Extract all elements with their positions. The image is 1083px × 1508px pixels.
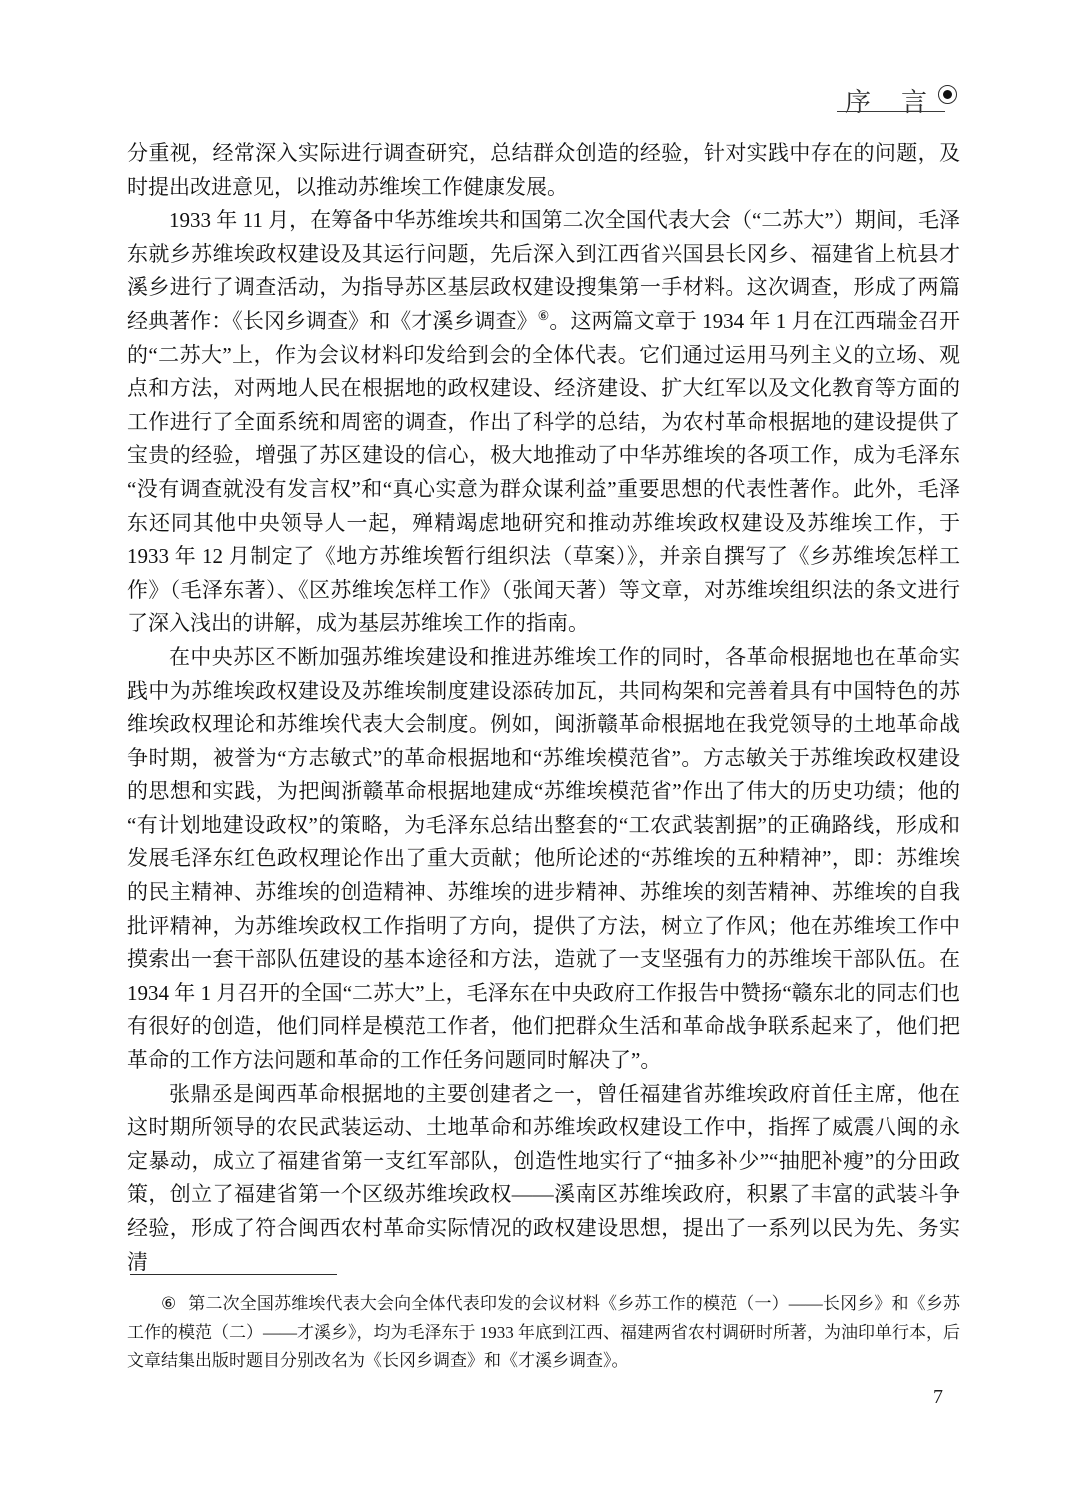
body-paragraph-4: 张鼎丞是闽西革命根据地的主要创建者之一，曾任福建省苏维埃政府首任主席，他在这时期… bbox=[127, 1078, 960, 1280]
footnote-reference: ⑥ bbox=[538, 308, 550, 323]
footnote-rule bbox=[130, 1274, 337, 1275]
circle-dot-icon bbox=[938, 85, 957, 104]
footnote-marker: ⑥ bbox=[161, 1294, 176, 1313]
body-paragraph-1: 分重视，经常深入实际进行调查研究，总结群众创造的经验，针对实践中存在的问题，及时… bbox=[127, 137, 960, 204]
paragraph-2-text-after: 。这两篇文章于 1934 年 1 月在江西瑞金召开的“二苏大”上，作为会议材料印… bbox=[127, 309, 960, 635]
header-rule bbox=[837, 111, 945, 112]
book-page: { "header": { "title": "序 言", "ornament_… bbox=[0, 0, 1083, 1508]
body-paragraph-3: 在中央苏区不断加强苏维埃建设和推进苏维埃工作的同时，各革命根据地也在革命实践中为… bbox=[127, 641, 960, 1078]
footnote-text: 第二次全国苏维埃代表大会向全体代表印发的会议材料《乡苏工作的模范（一）——长冈乡… bbox=[127, 1294, 960, 1370]
body-paragraph-2: 1933 年 11 月，在筹备中华苏维埃共和国第二次全国代表大会（“二苏大”）期… bbox=[127, 204, 960, 641]
page-number: 7 bbox=[933, 1386, 943, 1409]
running-head: 序 言 bbox=[0, 80, 957, 120]
footnote: ⑥第二次全国苏维埃代表大会向全体代表印发的会议材料《乡苏工作的模范（一）——长冈… bbox=[127, 1290, 960, 1376]
page-body: 分重视，经常深入实际进行调查研究，总结群众创造的经验，针对实践中存在的问题，及时… bbox=[127, 137, 960, 1279]
preface-title: 序 言 bbox=[845, 82, 929, 119]
